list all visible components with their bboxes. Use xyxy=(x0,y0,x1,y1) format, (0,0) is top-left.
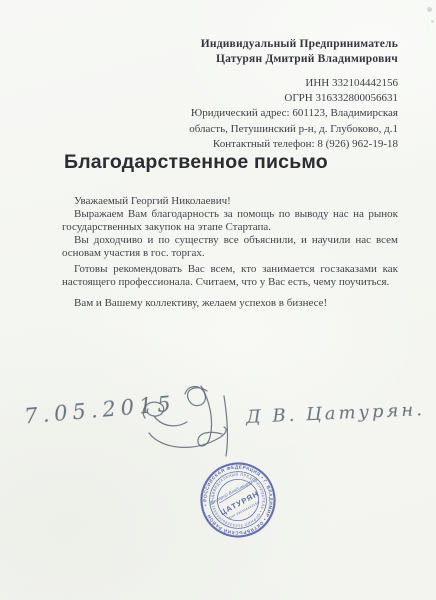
handwritten-signer-name: Д В. Цатурян. xyxy=(246,399,426,428)
paragraph-2: Вы доходчиво и по существу все объяснили… xyxy=(62,234,398,260)
header-ogrn: ОГРН 316332800056631 xyxy=(189,91,398,106)
company-name-line2: Цатурян Дмитрий Владимирович xyxy=(201,52,398,67)
company-name-line1: Индивидуальный Предприниматель xyxy=(201,37,398,52)
header-address-line1: Юридический адрес: 601123, Владимирская xyxy=(189,106,398,121)
scan-artifact xyxy=(427,7,432,12)
paragraph-1: Выражаем Вам благодарность за помощь по … xyxy=(62,208,398,234)
paragraph-3: Готовы рекомендовать Вас всем, кто заним… xyxy=(62,263,398,289)
letter-body: Уважаемый Георгий Николаевич! Выражаем В… xyxy=(62,195,398,310)
letterhead-details: ИНН 332104442156 ОГРН 316332800056631 Юр… xyxy=(189,76,398,152)
paragraph-4: Вам и Вашему коллективу, желаем успехов … xyxy=(62,297,398,310)
greeting-line: Уважаемый Георгий Николаевич! xyxy=(62,195,398,208)
scanned-letter-page: Индивидуальный Предприниматель Цатурян Д… xyxy=(0,0,436,600)
letter-title: Благодарственное письмо xyxy=(64,151,328,174)
header-phone: Контактный телефон: 8 (926) 962-19-18 xyxy=(189,137,398,152)
header-address-line2: область, Петушинский р-н, д. Глубоково, … xyxy=(189,122,398,137)
header-inn: ИНН 332104442156 xyxy=(189,76,398,91)
round-stamp-seal: • РОССИЙСКАЯ ФЕДЕРАЦИЯ • Г. ВЛАДИМИР • О… xyxy=(178,440,298,560)
letterhead-company-name: Индивидуальный Предприниматель Цатурян Д… xyxy=(201,37,398,67)
